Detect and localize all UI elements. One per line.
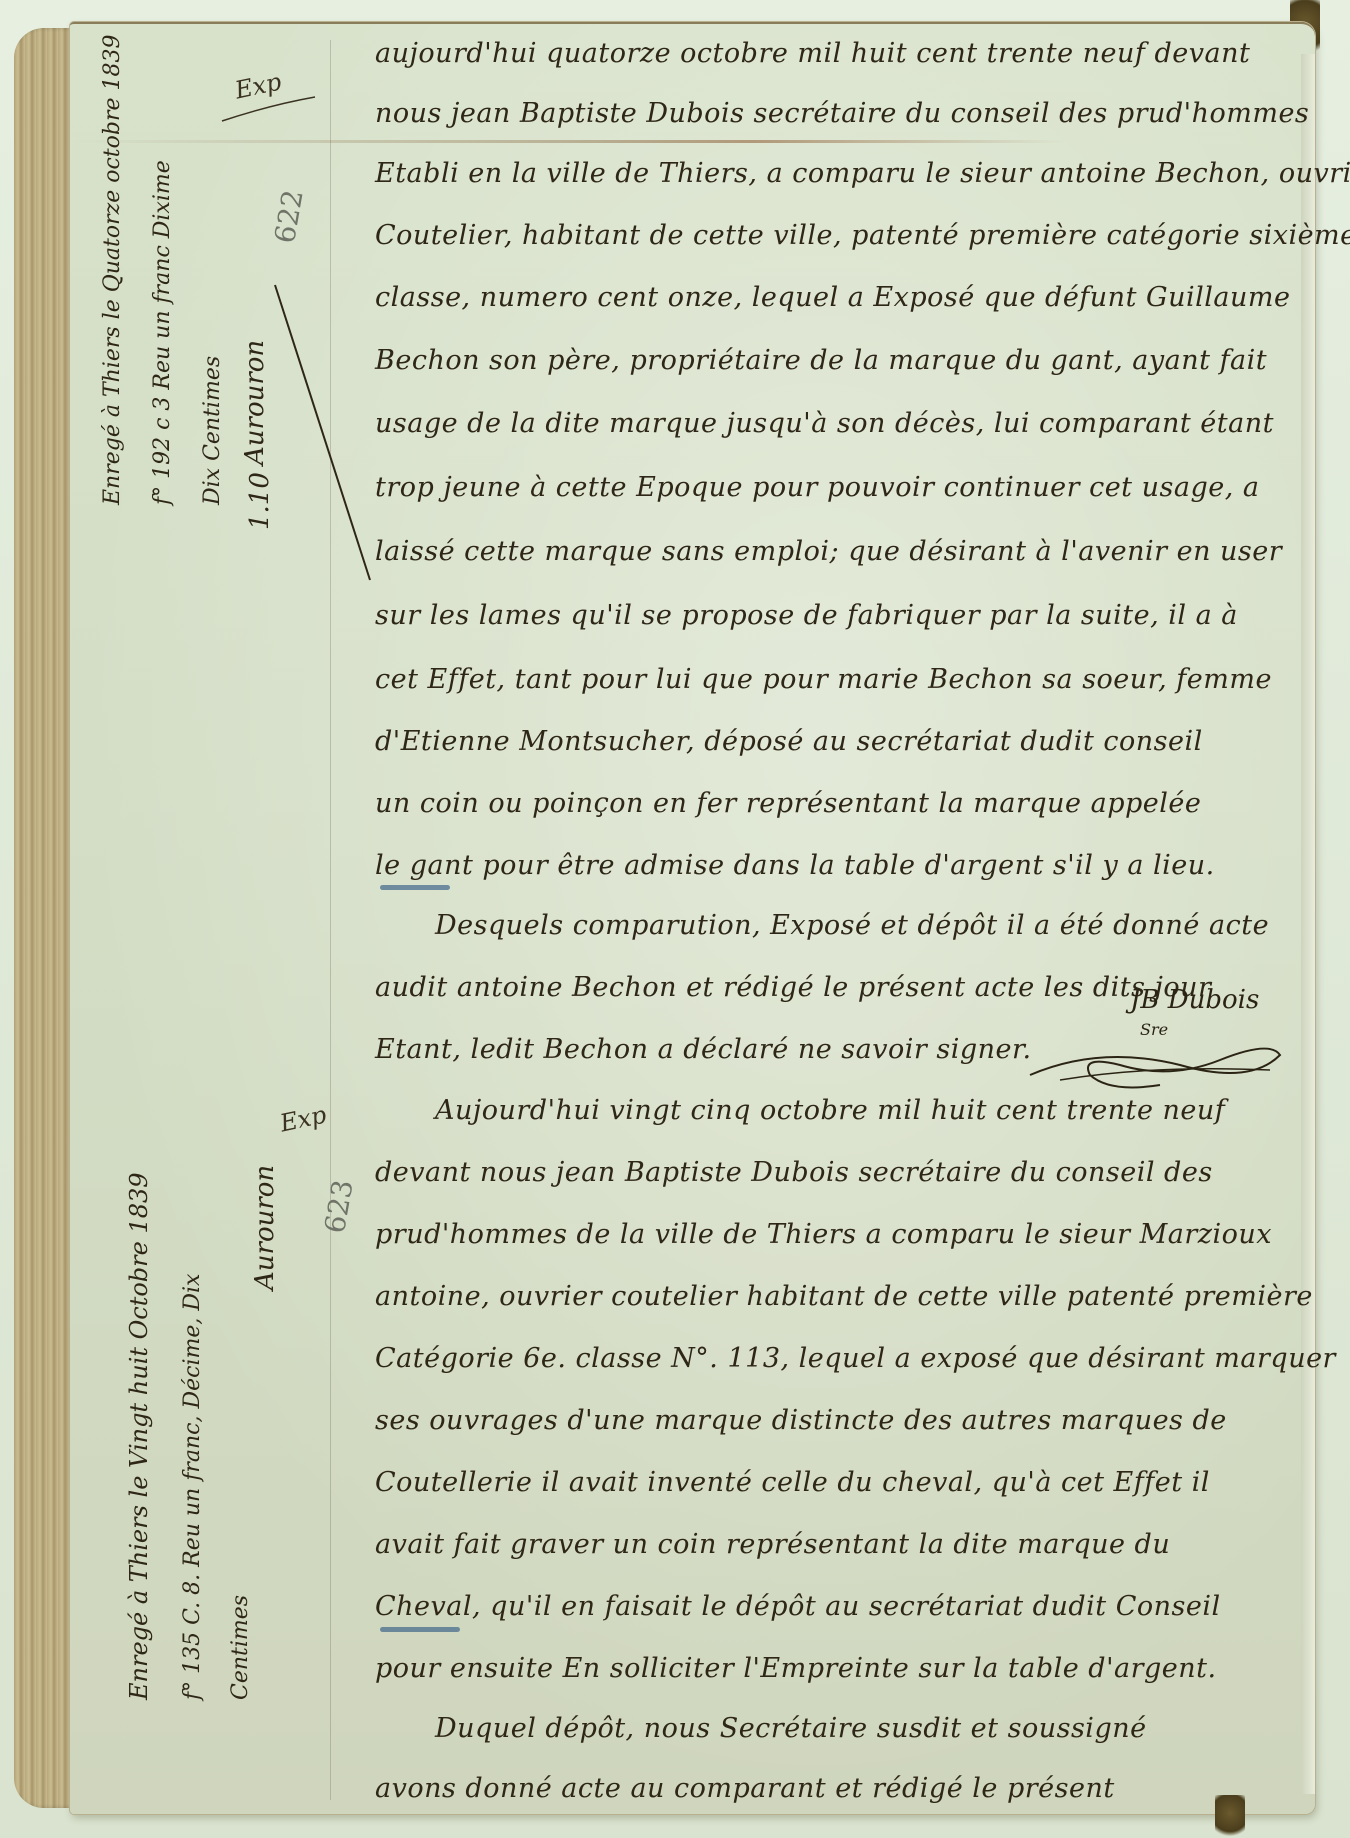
entry-1-line: usage de la dite marque jusqu'à son décè… (375, 408, 1274, 439)
page-right-edge (1301, 54, 1315, 1794)
margin-note-entry-2-line1: Enregé à Thiers le Vingt huit Octobre 18… (125, 1172, 153, 1700)
entry-1-closing-line: audit antoine Bechon et rédigé le présen… (375, 972, 1211, 1003)
margin-note-entry-1-line3: Dix Centimes (200, 356, 225, 505)
entry-2-line: Cheval, qu'il en faisait le dépôt au sec… (375, 1591, 1221, 1622)
blue-pencil-underline-cheval (380, 1627, 460, 1632)
exp-underline-stroke (220, 95, 320, 125)
margin-note-entry-2-signature: Aurouron (250, 1165, 280, 1290)
entry-2-line: pour ensuite En solliciter l'Empreinte s… (375, 1653, 1217, 1684)
entry-1-closing-line: Etant, ledit Bechon a déclaré ne savoir … (375, 1034, 1032, 1065)
margin-note-entry-2-line3: Centimes (228, 1595, 253, 1700)
signature-jb-dubois: JB Dubois (1130, 985, 1259, 1015)
entry-1-closing-line: Desquels comparution, Exposé et dépôt il… (435, 910, 1269, 941)
entry-2-closing-line: Duquel dépôt, nous Secrétaire susdit et … (435, 1713, 1147, 1744)
entry-1-line: nous jean Baptiste Dubois secrétaire du … (375, 98, 1309, 129)
entry-2-line: prud'hommes de la ville de Thiers a comp… (375, 1219, 1272, 1250)
blue-pencil-underline-gant (380, 885, 450, 890)
entry-1-line: aujourd'hui quatorze octobre mil huit ce… (375, 38, 1250, 69)
margin-note-entry-1-signature: Aurouron (240, 340, 270, 465)
cancellation-stroke (270, 280, 380, 590)
entry-1-line: cet Effet, tant pour lui que pour marie … (375, 664, 1272, 695)
entry-1-line: un coin ou poinçon en fer représentant l… (375, 788, 1201, 819)
entry-2-line: Catégorie 6e. classe N°. 113, lequel a e… (375, 1343, 1336, 1374)
entry-2-line: ses ouvrages d'une marque distincte des … (375, 1405, 1227, 1436)
signature-paraph-flourish (1020, 1035, 1290, 1095)
entry-2-line: Coutellerie il avait inventé celle du ch… (375, 1467, 1210, 1498)
entry-1-line: classe, numero cent onze, lequel a Expos… (375, 282, 1290, 313)
entry-1-line: sur les lames qu'il se propose de fabriq… (375, 600, 1238, 631)
margin-note-entry-1-line1: Enregé à Thiers le Quatorze octobre 1839 (100, 35, 125, 506)
margin-note-entry-1-line2: f° 192 c 3 Reu un franc Dixime (150, 160, 175, 505)
paper-stain-line (70, 140, 1315, 143)
entry-2-line: avait fait graver un coin représentant l… (375, 1529, 1170, 1560)
entry-1-line: le gant pour être admise dans la table d… (375, 850, 1215, 881)
entry-1-line: trop jeune à cette Epoque pour pouvoir c… (375, 472, 1259, 503)
entry-1-line: laissé cette marque sans emploi; que dés… (375, 536, 1282, 567)
entry-1-line: Bechon son père, propriétaire de la marq… (375, 345, 1267, 376)
entry-1-line: d'Etienne Montsucher, déposé au secrétar… (375, 726, 1203, 757)
entry-2-line: Aujourd'hui vingt cinq octobre mil huit … (435, 1095, 1225, 1126)
entry-2-line: antoine, ouvrier coutelier habitant de c… (375, 1281, 1313, 1312)
entry-1-line: Etabli en la ville de Thiers, a comparu … (375, 158, 1350, 189)
entry-2-line: devant nous jean Baptiste Dubois secréta… (375, 1157, 1213, 1188)
entry-1-line: Coutelier, habitant de cette ville, pate… (375, 220, 1350, 251)
binding-thread-bottom (1215, 1795, 1245, 1838)
entry-2-closing-line: avons donné acte au comparant et rédigé … (375, 1773, 1115, 1804)
margin-note-entry-2-line2: f° 135 C. 8. Reu un franc, Décime, Dix (180, 1274, 205, 1700)
